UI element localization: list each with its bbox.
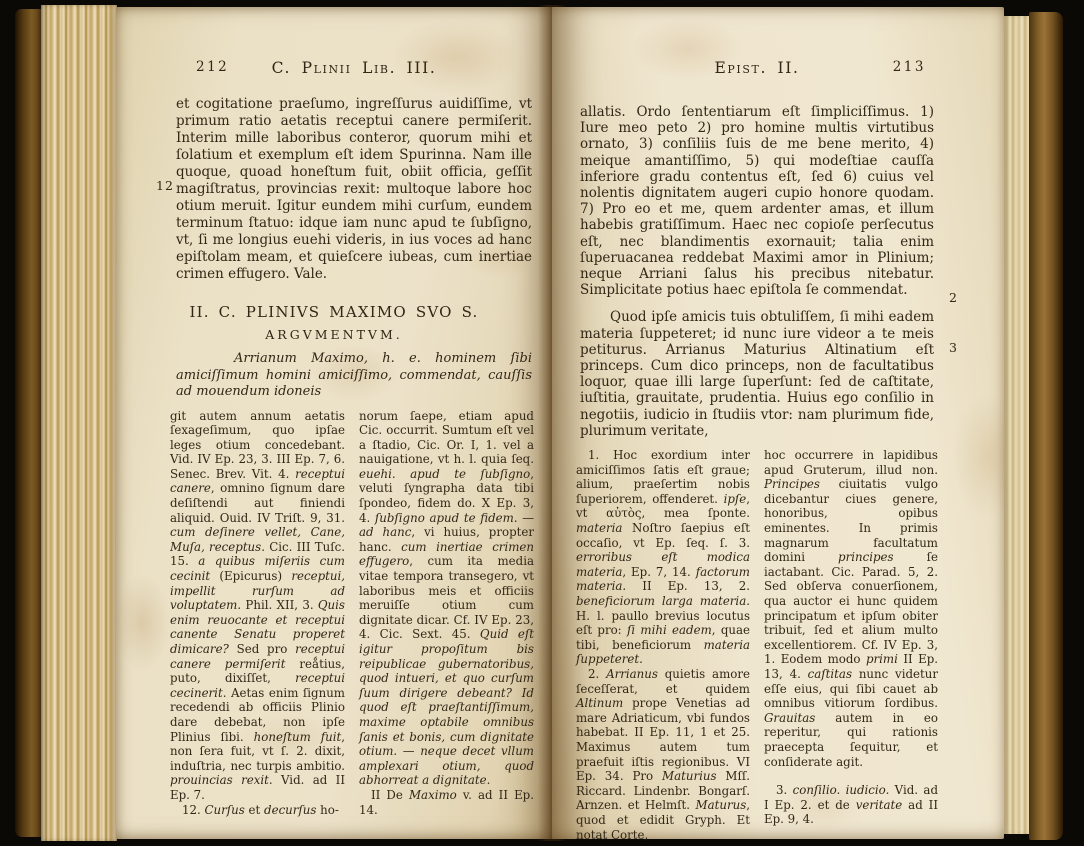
running-title-right: Epist. II. (580, 59, 934, 77)
right-page: Epist. II. 213 2 3 allatis. Ordo ſentent… (552, 7, 1004, 839)
margin-section-number-3: 3 (949, 340, 958, 355)
margin-section-number-12: 12 (156, 178, 174, 193)
left-page: 212 C. Plinii Lib. III. 12 et cogitation… (116, 7, 552, 839)
argument-intro: Arrianum Maximo, h. e. hominem ſibi amic… (176, 351, 532, 401)
book-cover-left (15, 9, 42, 837)
page-edges-right (1004, 16, 1032, 834)
page-number-right: 213 (893, 59, 926, 75)
commentary-column-right: hoc occurrere in lapidibus apud Gruterum… (764, 448, 938, 842)
open-book-photo: 212 C. Plinii Lib. III. 12 et cogitation… (0, 0, 1084, 846)
commentary-continuation: norum ſaepe, etiam apud Cic. occurrit. S… (359, 409, 534, 788)
letter-body-paragraph-2: Quod ipſe amicis tuis obtuliſſem, ſi mih… (580, 309, 934, 439)
running-title-left: C. Plinii Lib. III. (176, 59, 532, 77)
commentary-note-12: 12. Curſus et decurſus ho- (170, 803, 345, 818)
left-page-header: 212 C. Plinii Lib. III. (176, 59, 532, 79)
commentary-continuation: git autem annum aetatis ſexageſimum, quo… (170, 409, 345, 803)
letter-body-paragraph-1: allatis. Ordo ſententiarum eſt ſimpliciſ… (580, 104, 934, 298)
commentary-note-1: 1. Hoc exordium inter amiciſſimos ſatis … (576, 448, 750, 667)
letter-body-text: et cogitatione praeſumo, ingreſſurus aui… (176, 96, 532, 283)
argument-heading: ARGVMENTVM. (116, 327, 552, 342)
margin-section-number-2: 2 (949, 290, 958, 305)
commentary-right-page: 1. Hoc exordium inter amiciſſimos ſatis … (576, 448, 938, 842)
right-page-header: Epist. II. 213 (580, 59, 934, 79)
commentary-left-page: git autem annum aetatis ſexageſimum, quo… (170, 409, 534, 818)
commentary-column-left: git autem annum aetatis ſexageſimum, quo… (170, 409, 345, 818)
commentary-column-right: norum ſaepe, etiam apud Cic. occurrit. S… (359, 409, 534, 818)
page-edges-left (41, 5, 117, 841)
book-cover-right (1029, 12, 1063, 840)
commentary-note-3: 3. conſilio. iudicio. Vid. ad I Ep. 2. e… (764, 783, 938, 827)
commentary-continuation: hoc occurrere in lapidibus apud Gruterum… (764, 448, 938, 769)
commentary-column-left: 1. Hoc exordium inter amiciſſimos ſatis … (576, 448, 750, 842)
letter-heading: II. C. PLINIVS MAXIMO SVO S. (116, 303, 552, 321)
commentary-note-letter-ii: II De Maximo v. ad II Ep. 14. (359, 788, 534, 817)
commentary-note-2: 2. Arrianus quietis amore ſeceſſerat, et… (576, 667, 750, 842)
